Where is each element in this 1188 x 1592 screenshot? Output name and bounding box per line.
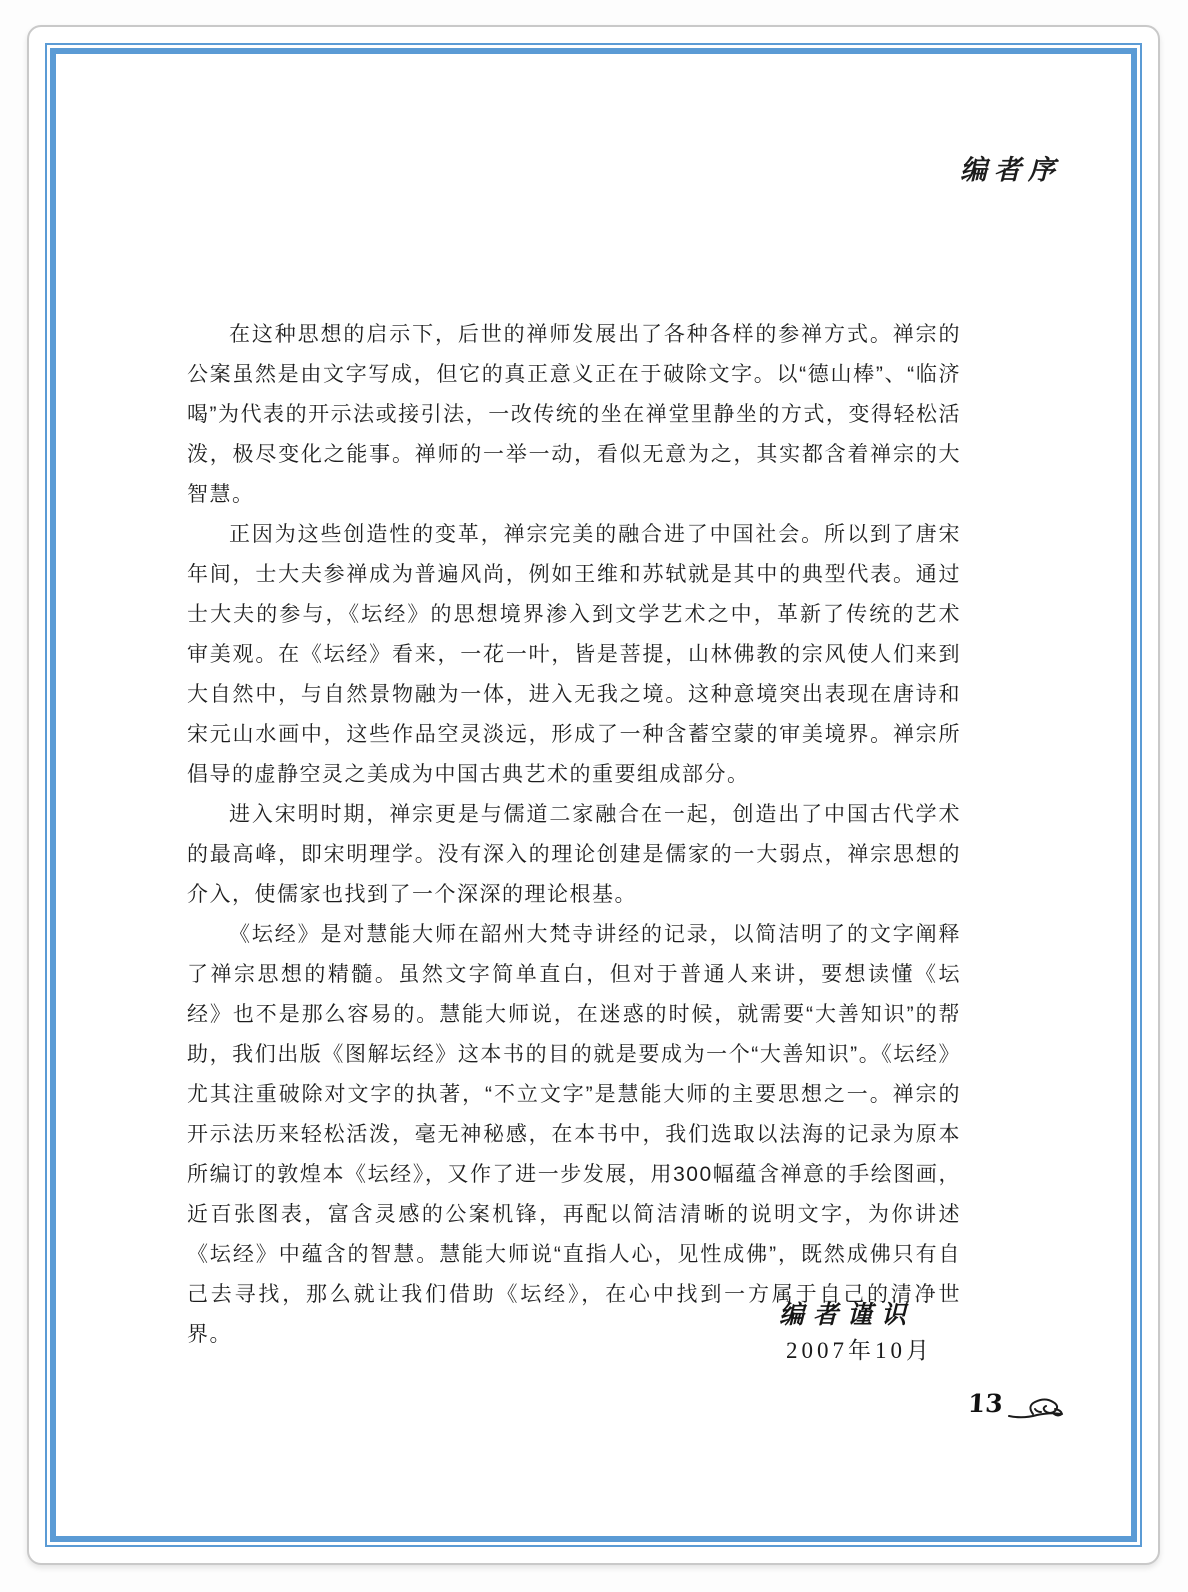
paragraph-3: 进入宋明时期，禅宗更是与儒道二家融合在一起，创造出了中国古代学术的最高峰，即宋明… <box>187 795 961 915</box>
paragraph-2: 正因为这些创造性的变革，禅宗完美的融合进了中国社会。所以到了唐宋年间，士大夫参禅… <box>187 515 961 795</box>
paragraph-4: 《坛经》是对慧能大师在韶州大梵寺讲经的记录，以简洁明了的文字阐释了禅宗思想的精髓… <box>187 915 961 1355</box>
publication-date: 2007年10月 <box>786 1332 933 1365</box>
cloud-flourish-icon <box>1007 1393 1065 1421</box>
page-number-area: 13 <box>968 1385 1065 1421</box>
page-number: 13 <box>967 1389 1004 1418</box>
body-text: 在这种思想的启示下，后世的禅师发展出了各种各样的参禅方式。禅宗的公案虽然是由文字… <box>187 315 961 1355</box>
editor-signature: 编者谨识 <box>779 1295 915 1331</box>
running-header: 编者序 <box>960 148 1062 187</box>
book-page: 编者序 在这种思想的启示下，后世的禅师发展出了各种各样的参禅方式。禅宗的公案虽然… <box>27 25 1160 1565</box>
paragraph-1: 在这种思想的启示下，后世的禅师发展出了各种各样的参禅方式。禅宗的公案虽然是由文字… <box>187 315 961 515</box>
scan-background: 编者序 在这种思想的启示下，后世的禅师发展出了各种各样的参禅方式。禅宗的公案虽然… <box>0 0 1188 1592</box>
